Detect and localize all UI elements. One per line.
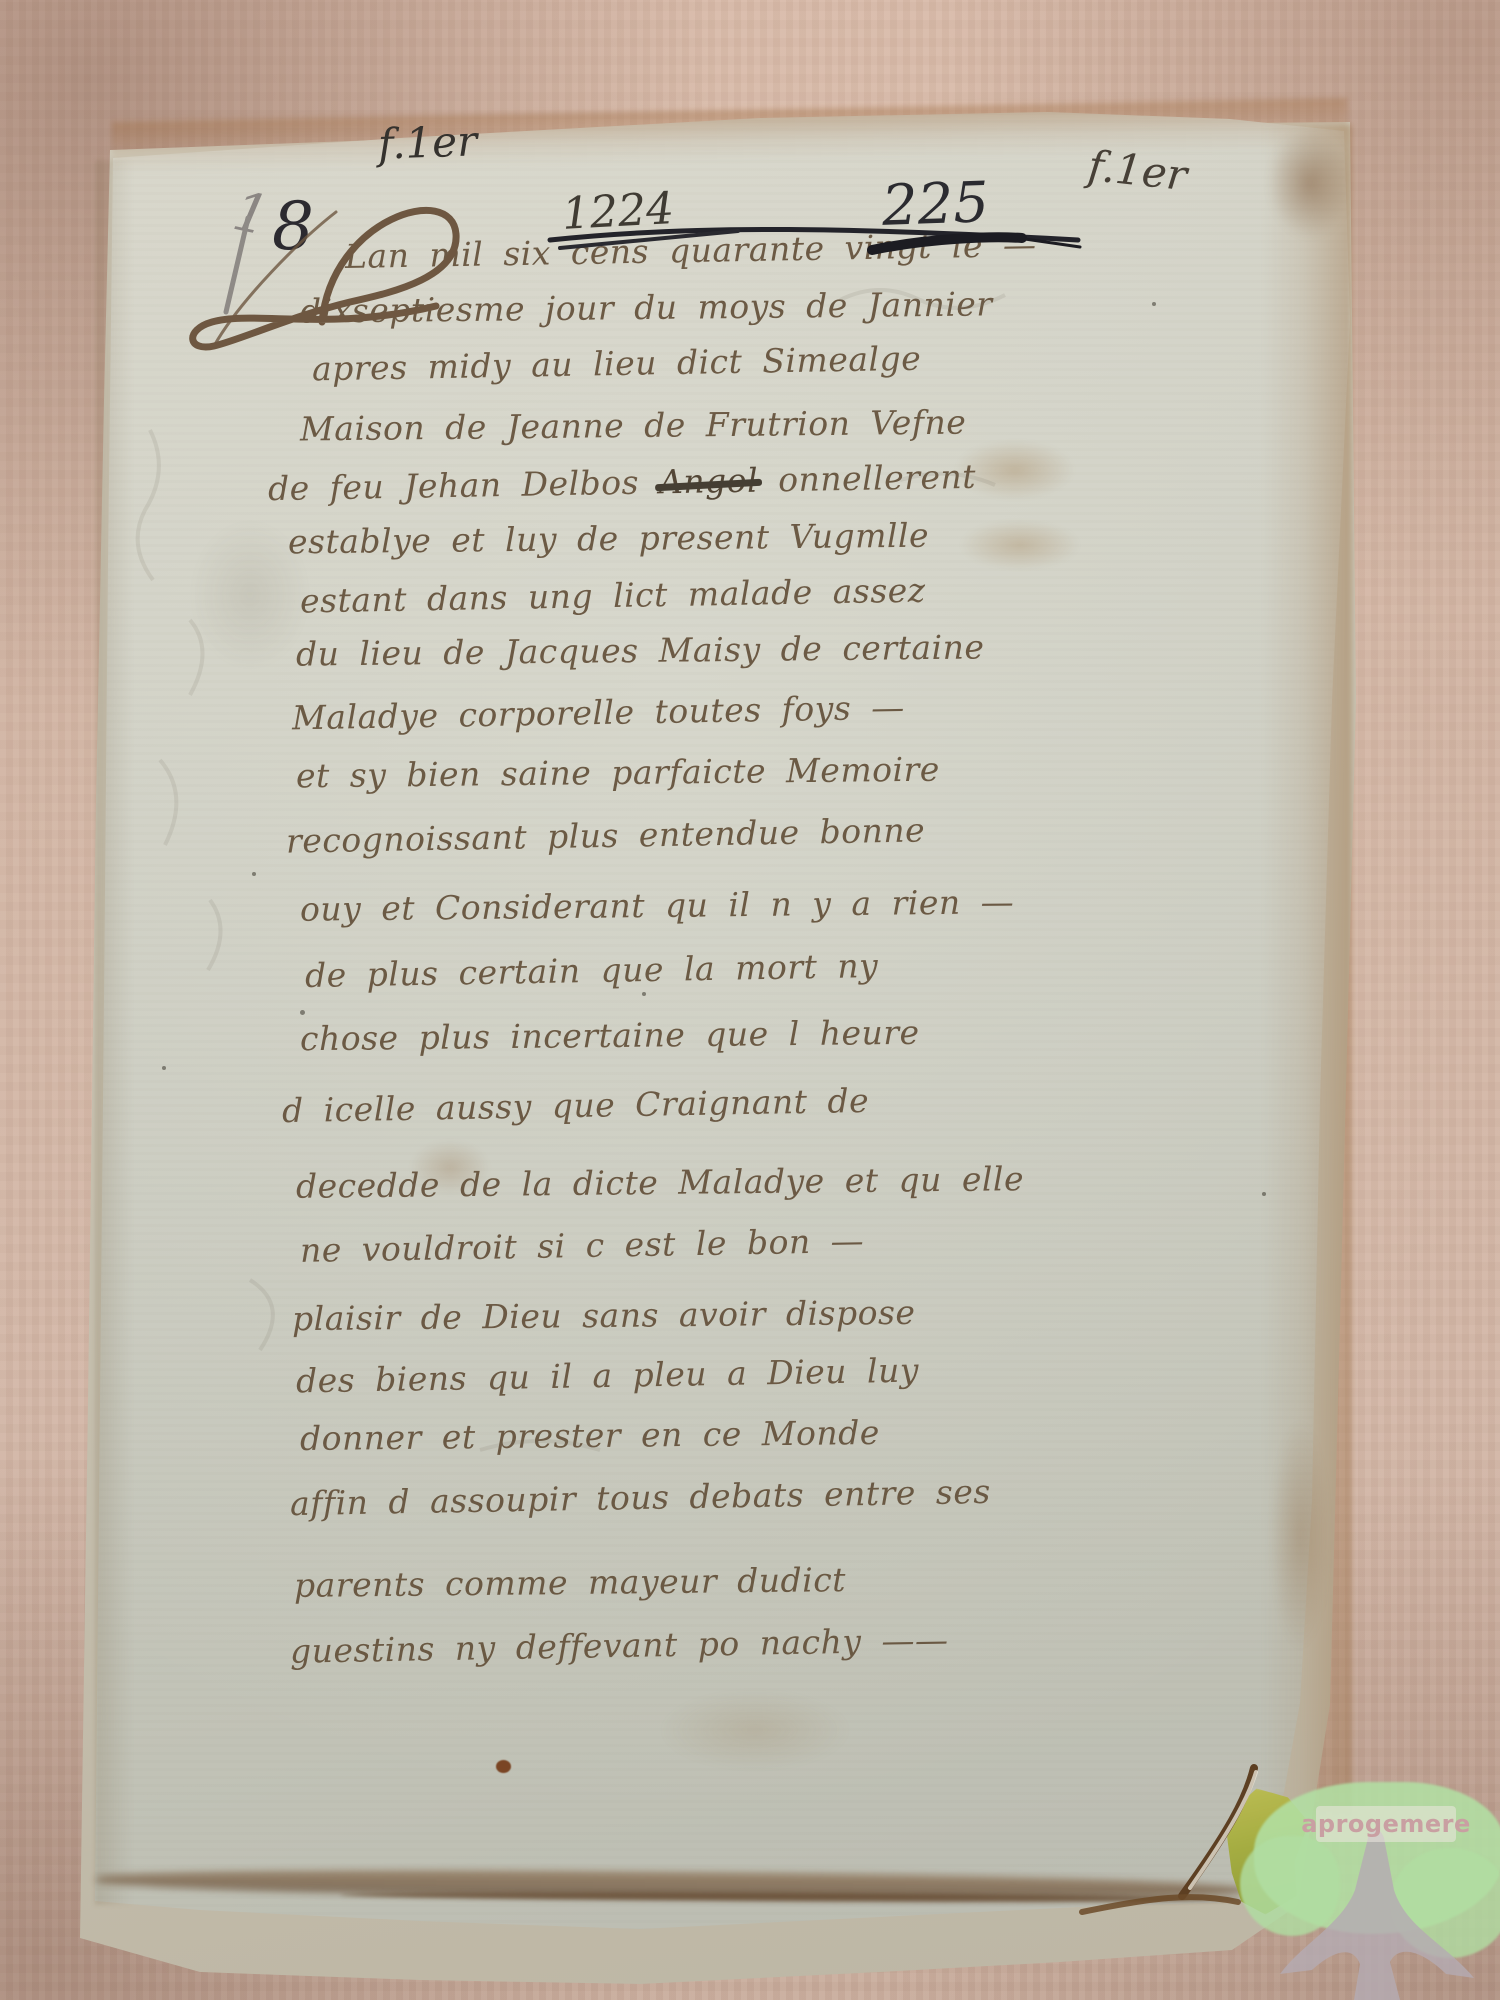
struck-out-word: Angol <box>659 461 759 502</box>
line-text: chose plus incertaine que l heure <box>300 1013 920 1058</box>
photo-of-manuscript: { "photo": { "header": { "margin_numeral… <box>0 0 1500 2000</box>
manuscript-line: establye et luy de present Vugmlle <box>288 516 929 562</box>
manuscript-line: plaisir de Dieu sans avoir dispose <box>292 1293 916 1339</box>
manuscript-line: ouy et Considerant qu il n y a rien — <box>300 882 1014 928</box>
paper-speck <box>1152 302 1156 306</box>
line-text: Maison de Jeanne de Frutrion Vefne <box>300 403 967 449</box>
paper-speck <box>162 1066 166 1070</box>
manuscript-line: donner et prester en ce Monde <box>300 1413 880 1458</box>
paper-speck <box>642 992 646 996</box>
line-text: parents comme mayeur dudict <box>294 1560 846 1605</box>
folio-mark-right-text: f.1er <box>1086 141 1190 200</box>
manuscript-line: dixseptiesme jour du moys de Jannier <box>300 284 993 330</box>
line-text: decedde de la dicte Maladye et qu elle <box>296 1159 1024 1206</box>
manuscript-line: du lieu de Jacques Maisy de certaine <box>296 627 985 673</box>
margin-figure-text: 8 <box>272 188 314 265</box>
watermark-label: aprogemere <box>1316 1806 1456 1842</box>
line-text: establye et luy de present Vugmlle <box>288 516 929 562</box>
line-text: ouy et Considerant qu il n y a rien — <box>300 882 1014 928</box>
line-text: de feu Jehan Delbos <box>268 463 640 508</box>
line-text: plaisir de Dieu sans avoir dispose <box>292 1293 916 1339</box>
folio-mark-right: f.1er <box>1086 141 1190 200</box>
watermark-label-text: aprogemere <box>1301 1810 1471 1838</box>
paper-speck <box>252 872 256 876</box>
manuscript-line: decedde de la dicte Maladye et qu elle <box>296 1159 1024 1206</box>
margin-figure-eight: 8 <box>272 188 314 265</box>
paper-speck <box>300 1010 305 1015</box>
folio-mark-left-text: f.1er <box>377 116 478 168</box>
folio-mark-left: f.1er <box>377 116 478 168</box>
manuscript-line: chose plus incertaine que l heure <box>300 1013 920 1058</box>
line-text: dixseptiesme jour du moys de Jannier <box>300 284 993 330</box>
aprogemere-watermark: aprogemere <box>1240 1778 1500 2000</box>
line-text: onnellerent <box>778 457 977 499</box>
manuscript-line: parents comme mayeur dudict <box>294 1560 846 1605</box>
manuscript-line: Maison de Jeanne de Frutrion Vefne <box>300 403 967 449</box>
manuscript-line: et sy bien saine parfaicte Memoire <box>296 750 940 796</box>
line-text: et sy bien saine parfaicte Memoire <box>296 750 940 796</box>
line-text: du lieu de Jacques Maisy de certaine <box>296 627 985 673</box>
paper-speck <box>1262 1192 1266 1196</box>
line-text: donner et prester en ce Monde <box>300 1413 880 1458</box>
